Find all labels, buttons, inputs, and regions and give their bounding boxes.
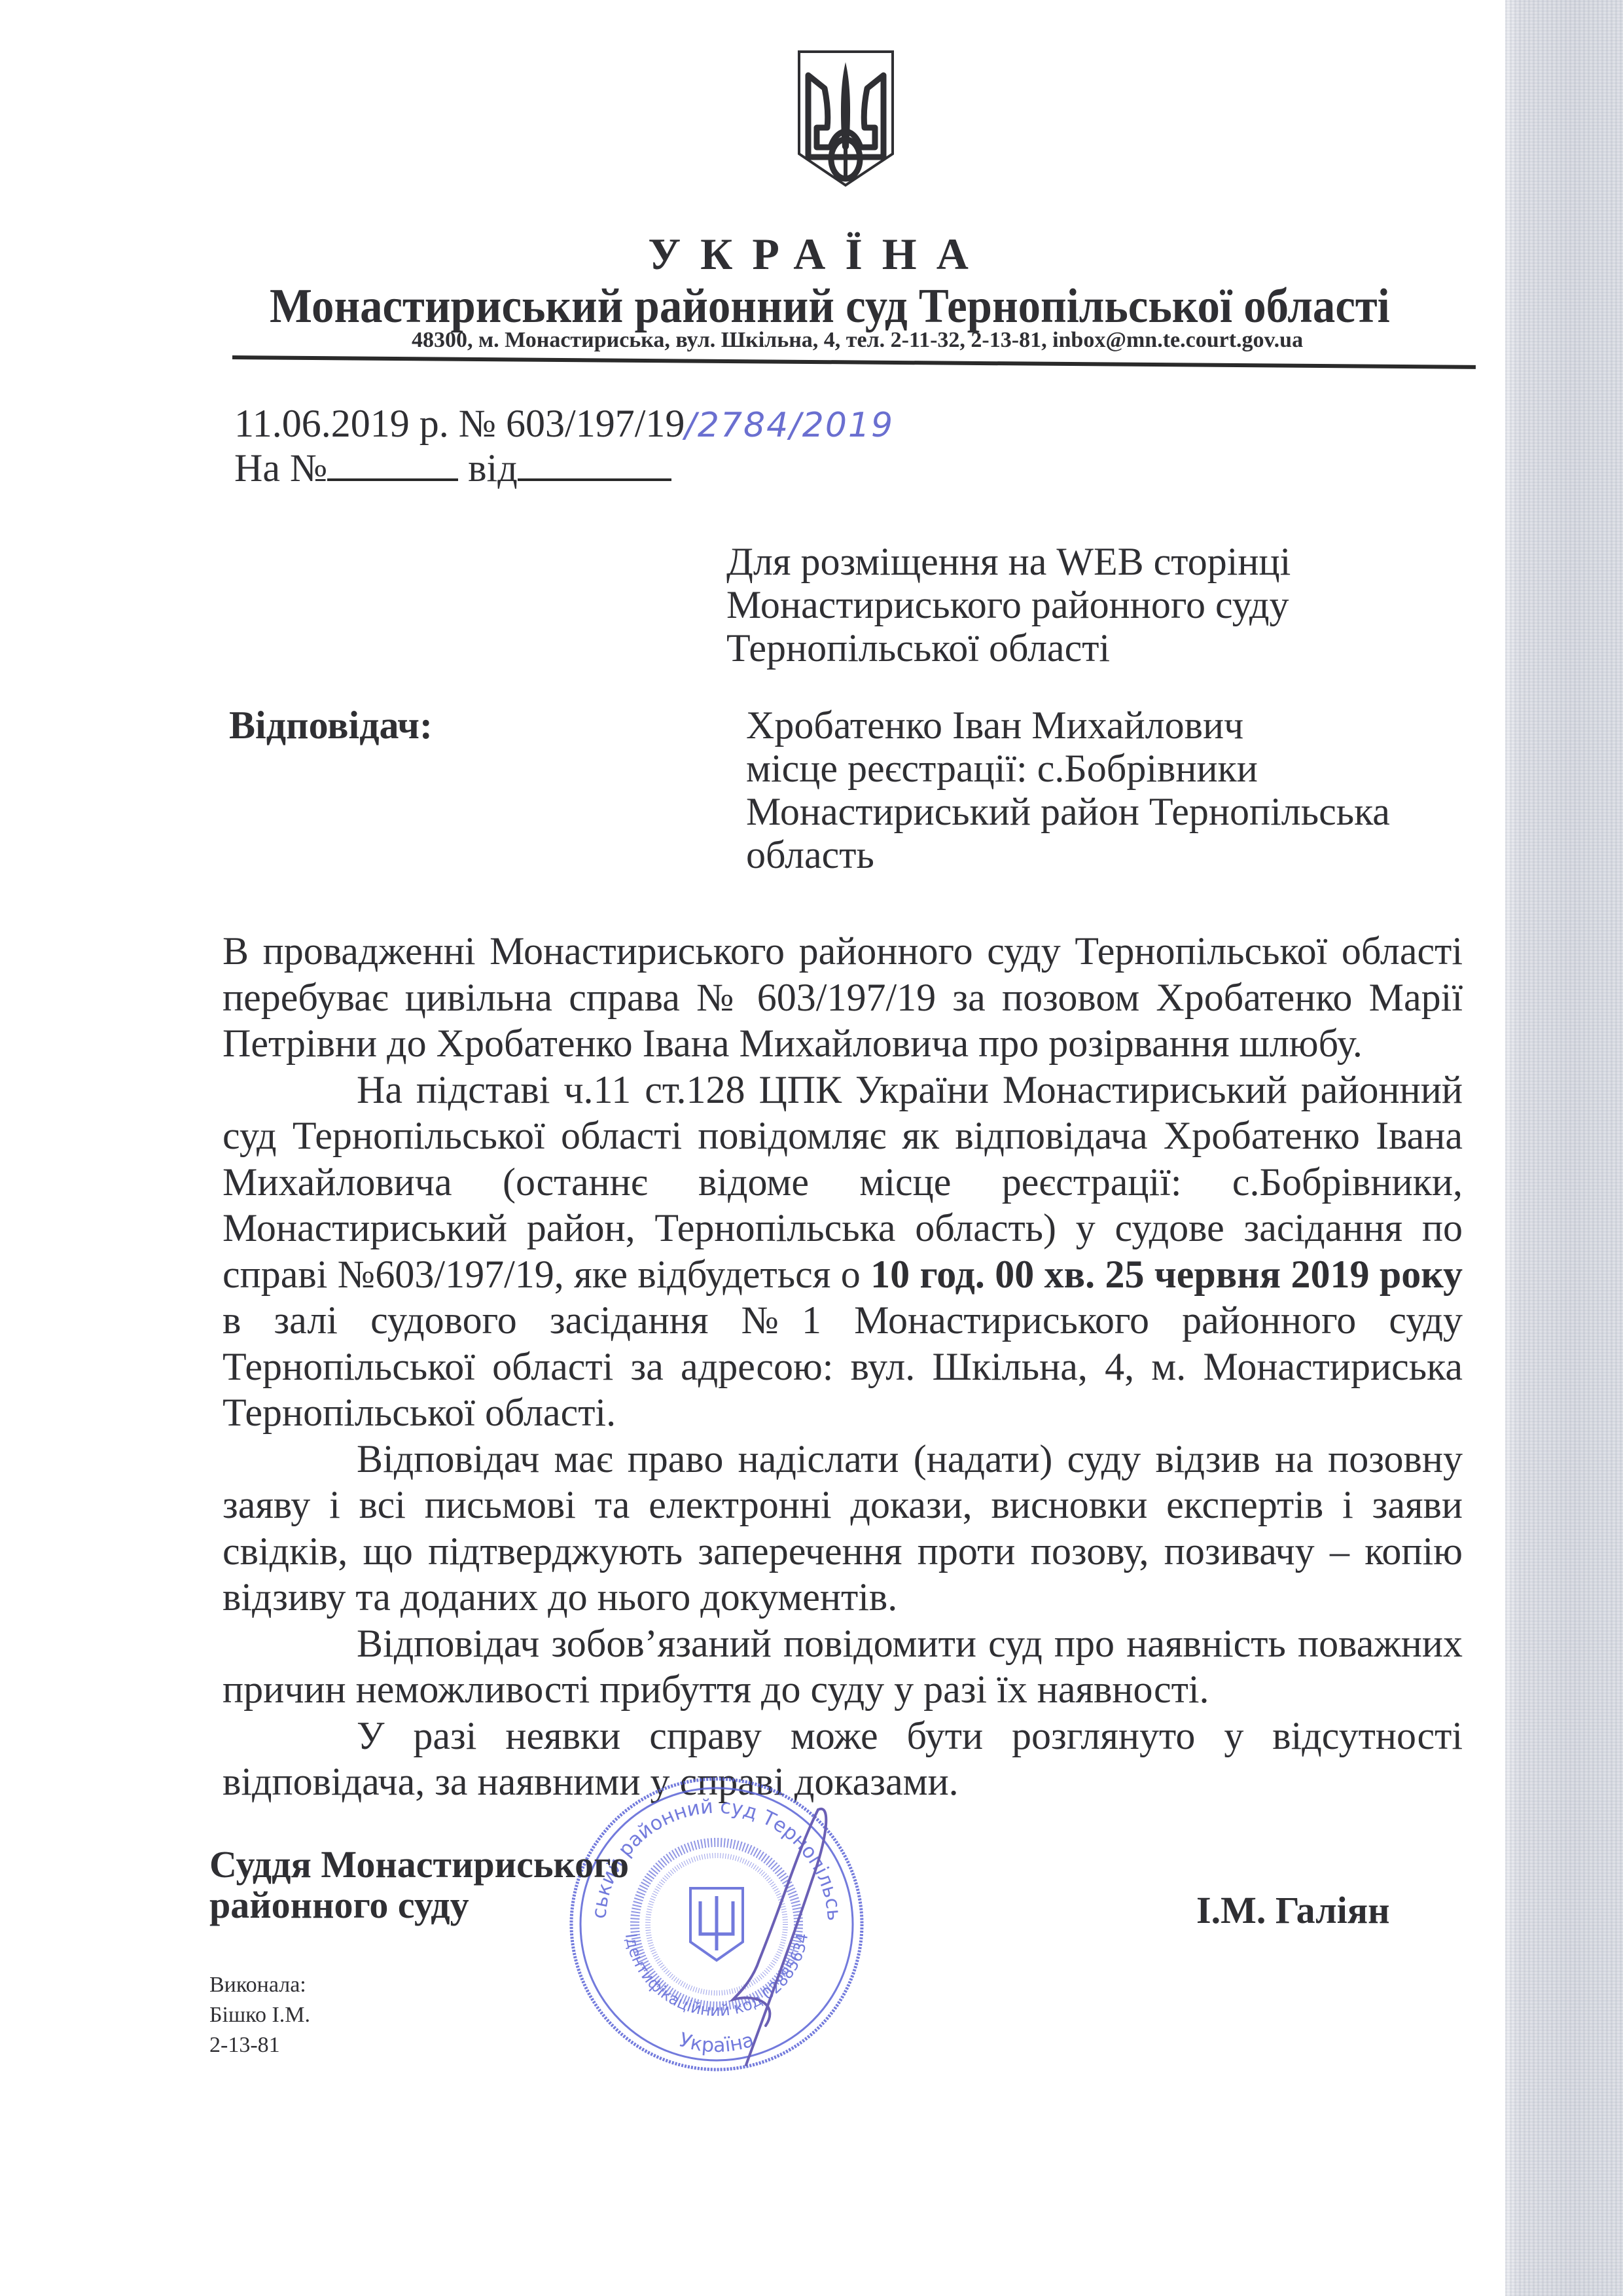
defendant-label: Відповідач: [229, 704, 433, 747]
judge-title-line: Суддя Монастириського [209, 1844, 629, 1885]
executor-name: Бішко І.М. [209, 2000, 310, 2030]
executor-block: Виконала: Бішко І.М. 2-13-81 [209, 1970, 310, 2060]
recipient-line: Тернопільської області [726, 626, 1291, 670]
defendant-district: Монастириський район Тернопільська [746, 790, 1390, 833]
judge-title: Суддя Монастириського районного суду [209, 1844, 629, 1926]
paragraph-case: В провадженні Монастириського районного … [223, 928, 1463, 1067]
paragraph-summons: На підставі ч.11 ст.128 ЦПК України Мона… [223, 1067, 1463, 1436]
reply-number-blank [327, 452, 458, 481]
country-heading: УКРАЇНА [0, 229, 1623, 279]
paragraph-rights: Відповідач має право надіслати (надати) … [223, 1436, 1463, 1621]
recipient-line: Монастириського районного суду [726, 583, 1291, 626]
recipient-line: Для розміщення на WEB сторінці [726, 540, 1291, 583]
document-reference: 11.06.2019 р. № 603/197/19/2784/2019 [234, 401, 894, 448]
handwritten-registration-number: /2784/2019 [685, 406, 894, 445]
defendant-region: область [746, 833, 1390, 876]
executor-phone: 2-13-81 [209, 2030, 310, 2060]
defendant-name: Хробатенко Іван Михайлович [746, 704, 1390, 747]
reply-reference: На № від [234, 445, 671, 491]
recipient-block: Для розміщення на WEB сторінці Монастири… [726, 540, 1291, 670]
reply-date-blank [518, 452, 671, 481]
judge-signature-icon [720, 1797, 851, 2085]
defendant-registration: місце реєстрації: с.Бобрівники [746, 747, 1390, 790]
court-address: 48300, м. Монастириська, вул. Шкільна, 4… [0, 327, 1623, 353]
reply-to-prefix: На № [234, 446, 327, 490]
judge-name: І.М. Галіян [1196, 1890, 1390, 1931]
hearing-datetime: 10 год. 00 хв. 25 червня 2019 року [870, 1253, 1463, 1296]
judge-title-line: районного суду [209, 1885, 629, 1926]
defendant-details: Хробатенко Іван Михайлович місце реєстра… [746, 704, 1390, 876]
notice-body: В провадженні Монастириського районного … [223, 928, 1463, 1805]
header-divider [232, 355, 1476, 369]
court-name-heading: Монастириський районний суд Тернопільськ… [57, 280, 1566, 332]
executor-label: Виконала: [209, 1970, 310, 2000]
date-and-number: 11.06.2019 р. № 603/197/19 [234, 402, 685, 445]
summons-location: в залі судового засідання №1 Монастирись… [223, 1299, 1463, 1434]
coat-of-arms-icon [795, 49, 897, 190]
paragraph-obligation: Відповідач зобов’язаний повідомити суд п… [223, 1621, 1463, 1713]
reply-from-label: від [468, 446, 518, 490]
